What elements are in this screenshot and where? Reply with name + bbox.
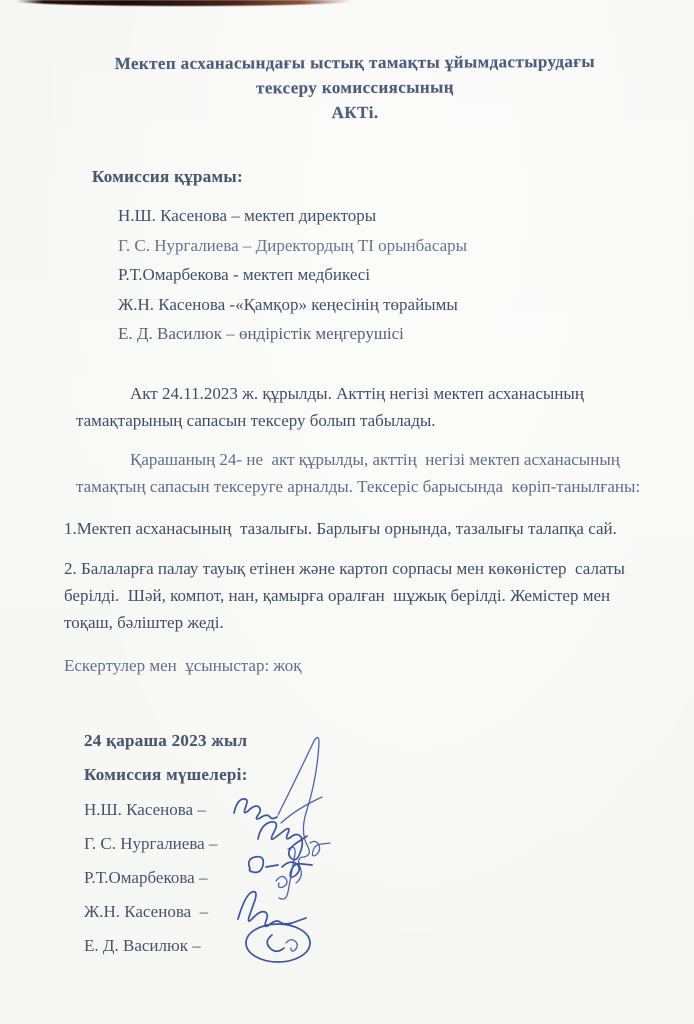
signature-row-kassenova-nsh: Н.Ш. Касенова – (84, 793, 646, 827)
finding-1: 1.Мектеп асханасының тазалығы. Барлығы о… (64, 515, 646, 542)
commission-member-1: Н.Ш. Касенова – мектеп директоры (118, 201, 646, 231)
scanned-document-page: Мектеп асханасындағы ыстық тамақты ұйымд… (0, 0, 694, 1024)
signatory-name: Ж.Н. Касенова – (84, 902, 212, 922)
title-line-2: тексеру комиссиясының (64, 74, 646, 102)
signature-row-kassenova-zhn: Ж.Н. Касенова – (84, 895, 646, 929)
commission-member-2: Г. С. Нургалиева – Директордың ТІ орынба… (118, 231, 646, 261)
signatory-name: Р.Т.Омарбекова – (84, 868, 212, 888)
signatory-name: Е. Д. Василюк – (84, 936, 205, 956)
document-title: Мектеп асханасындағы ыстық тамақты ұйымд… (64, 49, 646, 127)
commission-section: Комиссия құрамы: Н.Ш. Касенова – мектеп … (92, 167, 646, 349)
remarks-line: Ескертулер мен ұсыныстар: жоқ (64, 652, 646, 679)
signatory-name: Г. С. Нургалиева – (84, 834, 222, 854)
signature-vasilyuk-icon (234, 917, 334, 973)
title-line-1: Мектеп асханасындағы ыстық тамақты ұйымд… (64, 49, 646, 77)
signatory-name: Н.Ш. Касенова – (84, 800, 210, 820)
finding-2: 2. Балаларға палау тауық етінен және кар… (64, 555, 646, 636)
commission-member-3: Р.Т.Омарбекова - мектеп медбикесі (118, 260, 646, 290)
commission-member-4: Ж.Н. Касенова -«Қамқор» кеңесінің төрайы… (118, 290, 646, 320)
signature-section: 24 қараша 2023 жыл Комиссия мүшелері: Н.… (84, 731, 646, 963)
signature-row-vasilyuk: Е. Д. Василюк – (84, 929, 646, 963)
commission-member-5: Е. Д. Василюк – өндірістік меңгерушісі (118, 319, 646, 349)
signature-row-omarbekova: Р.Т.Омарбекова – (84, 861, 646, 895)
title-line-3: АКТі. (64, 99, 646, 127)
commission-heading: Комиссия құрамы: (92, 167, 646, 187)
scan-edge-artifact (16, 0, 352, 6)
signature-row-nurgaliyeva: Г. С. Нургалиева – (84, 827, 646, 861)
commission-members-list: Н.Ш. Касенова – мектеп директоры Г. С. Н… (118, 201, 646, 349)
paragraph-act-created: Акт 24.11.2023 ж. құрылды. Акттің негізі… (76, 380, 646, 434)
paragraph-inspection-basis: Қарашаның 24- не акт құрылды, акттің нег… (76, 446, 646, 500)
